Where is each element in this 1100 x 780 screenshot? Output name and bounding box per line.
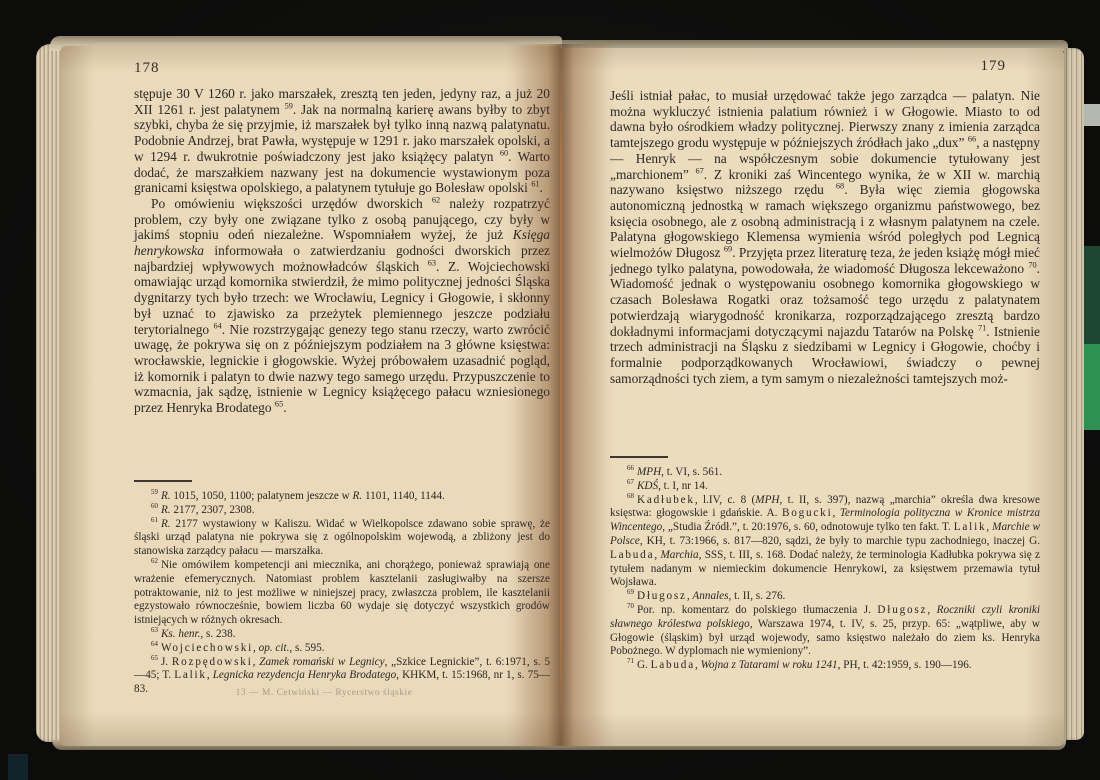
body-text: Jeśli istniał pałac, to musiał urzędować…	[610, 88, 1040, 386]
paragraph: stępuje 30 V 1260 r. jako marszałek, zre…	[134, 86, 550, 196]
footnotes: 66MPH, t. VI, s. 561.67KDŚ, t. I, nr 14.…	[610, 466, 1040, 673]
footnote-rule	[134, 480, 192, 482]
footnote: 67KDŚ, t. I, nr 14.	[610, 480, 1040, 494]
open-book-spread: 178 stępuje 30 V 1260 r. jako marszałek,…	[36, 36, 1086, 750]
page-number: 178	[134, 60, 160, 77]
right-page-edge-stack	[1064, 48, 1084, 740]
page-number: 179	[610, 58, 1040, 75]
footnote-rule	[610, 456, 668, 458]
footnote: 63Ks. henr., s. 238.	[134, 628, 550, 642]
footnote: 59R. 1015, 1050, 1100; palatynem jeszcze…	[134, 490, 550, 504]
paragraph: Jeśli istniał pałac, to musiał urzędować…	[610, 88, 1040, 386]
photo-background: 178 stępuje 30 V 1260 r. jako marszałek,…	[0, 0, 1100, 780]
footnote: 71G. Labuda, Wojna z Tatarami w roku 124…	[610, 659, 1040, 673]
footnote: 69Długosz, Annales, t. II, s. 276.	[610, 590, 1040, 604]
print-signature-line: 13 — M. Cetwiński — Rycerstwo śląskie	[134, 688, 514, 698]
paragraph: Po omówieniu większości urzędów dworskic…	[134, 196, 550, 416]
footnote: 60R. 2177, 2307, 2308.	[134, 504, 550, 518]
footnote: 68Kadłubek, l.IV, c. 8 (MPH, t. II, s. 3…	[610, 494, 1040, 591]
footnote: 66MPH, t. VI, s. 561.	[610, 466, 1040, 480]
page-179: 179 Jeśli istniał pałac, to musiał urzęd…	[560, 48, 1064, 746]
footnote: 61R. 2177 wystawiony w Kaliszu. Widać w …	[134, 518, 550, 559]
body-text: stępuje 30 V 1260 r. jako marszałek, zre…	[134, 86, 550, 416]
footnote: 62Nie omówiłem kompetencji ani miecznika…	[134, 559, 550, 628]
page-178: 178 stępuje 30 V 1260 r. jako marszałek,…	[60, 46, 560, 746]
footnote: 70Por. np. komentarz do polskiego tłumac…	[610, 604, 1040, 659]
background-teal-patch	[8, 754, 28, 780]
footnote: 64Wojciechowski, op. cit., s. 595.	[134, 642, 550, 656]
gutter-inner-edge	[560, 56, 562, 736]
footnotes: 59R. 1015, 1050, 1100; palatynem jeszcze…	[134, 490, 550, 697]
